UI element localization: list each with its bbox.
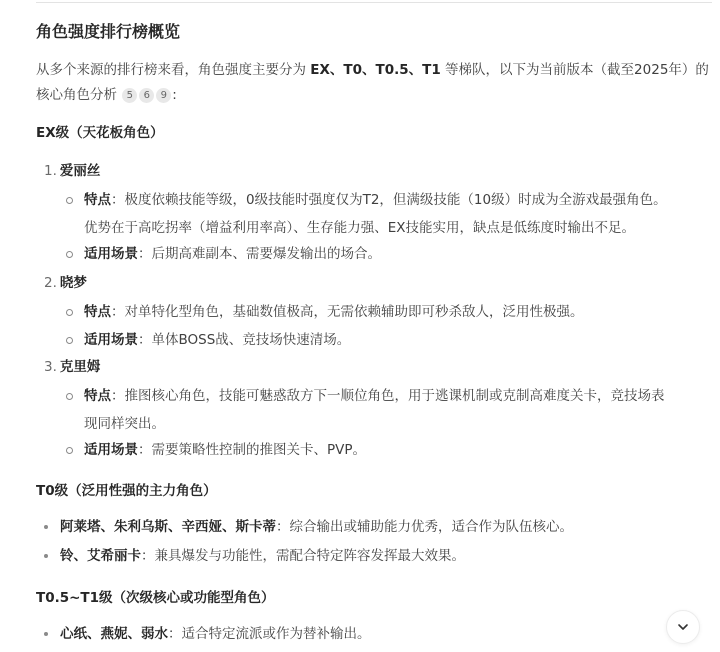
hollow-bullet-icon — [66, 393, 73, 400]
character-item: 1.爱丽丝 — [44, 160, 100, 182]
bullet-icon — [44, 554, 48, 558]
hollow-bullet-icon — [66, 337, 73, 344]
intro-tiers: EX、T0、T0.5、T1 — [310, 62, 440, 78]
list-item: 阿莱塔、朱利乌斯、辛西娅、斯卡蒂：综合输出或辅助能力优秀，适合作为队伍核心。 — [44, 516, 704, 538]
item-desc: ：兼具爆发与功能性，需配合特定阵容发挥最大效果。 — [141, 548, 465, 564]
section-heading: 角色强度排行榜概览 — [36, 20, 180, 44]
scene-label: 适用场景 — [84, 246, 138, 262]
scene-item: 适用场景：后期高难副本、需要爆发输出的场合。 — [66, 240, 706, 268]
scene-item: 适用场景：需要策略性控制的推图关卡、PVP。 — [66, 436, 706, 464]
character-names: 铃、艾希丽卡 — [60, 548, 141, 564]
feature-text-cont: 现同样突出。 — [84, 416, 165, 432]
bullet-icon — [44, 525, 48, 529]
bullet-icon — [44, 632, 48, 636]
feature-label: 特点 — [84, 192, 111, 208]
character-item: 2.晓梦 — [44, 272, 87, 294]
item-desc: ：适合特定流派或作为替补输出。 — [168, 626, 371, 642]
feature-label: 特点 — [84, 388, 111, 404]
character-names: 阿莱塔、朱利乌斯、辛西娅、斯卡蒂 — [60, 519, 276, 535]
hollow-bullet-icon — [66, 251, 73, 258]
feature-text: ：推图核心角色，技能可魅惑敌方下一顺位角色，用于逃课机制或克制高难度关卡，竞技场… — [111, 388, 665, 404]
feature-item: 特点：极度依赖技能等级，0级技能时强度仅为T2，但满级技能（10级）时成为全游戏… — [66, 186, 706, 242]
feature-label: 特点 — [84, 304, 111, 320]
item-desc: ：综合输出或辅助能力优秀，适合作为队伍核心。 — [276, 519, 573, 535]
citation-badge[interactable]: 5 — [122, 88, 137, 103]
scene-text: ：单体BOSS战、竞技场快速清场。 — [138, 332, 350, 348]
scene-item: 适用场景：单体BOSS战、竞技场快速清场。 — [66, 326, 706, 354]
t05-tier-heading: T0.5~T1级（次级核心或功能型角色） — [36, 587, 275, 609]
feature-text: ：对单特化型角色，基础数值极高，无需依赖辅助即可秒杀敌人，泛用性极强。 — [111, 304, 584, 320]
hollow-bullet-icon — [66, 309, 73, 316]
list-item: 心纸、燕妮、弱水：适合特定流派或作为替补输出。 — [44, 623, 704, 645]
scene-label: 适用场景 — [84, 332, 138, 348]
feature-item: 特点：对单特化型角色，基础数值极高，无需依赖辅助即可秒杀敌人，泛用性极强。 — [66, 298, 706, 326]
ex-tier-heading: EX级（天花板角色） — [36, 122, 164, 144]
list-number: 2. — [44, 275, 57, 291]
character-name: 克里姆 — [60, 359, 101, 375]
hollow-bullet-icon — [66, 197, 73, 204]
scene-label: 适用场景 — [84, 442, 138, 458]
top-divider — [36, 2, 712, 3]
scene-text: ：后期高难副本、需要爆发输出的场合。 — [138, 246, 381, 262]
citation-badge[interactable]: 9 — [156, 88, 171, 103]
intro-prefix: 从多个来源的排行榜来看，角色强度主要分为 — [36, 62, 310, 78]
citation-badge[interactable]: 6 — [139, 88, 154, 103]
feature-item: 特点：推图核心角色，技能可魅惑敌方下一顺位角色，用于逃课机制或克制高难度关卡，竞… — [66, 382, 706, 438]
scene-text: ：需要策略性控制的推图关卡、PVP。 — [138, 442, 366, 458]
list-item: 铃、艾希丽卡：兼具爆发与功能性，需配合特定阵容发挥最大效果。 — [44, 545, 704, 567]
chevron-down-icon — [676, 620, 690, 634]
scroll-to-bottom-button[interactable] — [666, 610, 700, 644]
list-number: 1. — [44, 163, 57, 179]
feature-text-cont: 优势在于高吃拐率（增益利用率高）、生存能力强、EX技能实用，缺点是低练度时输出不… — [84, 220, 635, 236]
character-name: 爱丽丝 — [60, 163, 101, 179]
intro-paragraph: 从多个来源的排行榜来看，角色强度主要分为 EX、T0、T0.5、T1 等梯队，以… — [36, 58, 712, 108]
intro-end: : — [172, 87, 177, 103]
feature-text: ：极度依赖技能等级，0级技能时强度仅为T2，但满级技能（10级）时成为全游戏最强… — [111, 192, 667, 208]
character-item: 3.克里姆 — [44, 356, 100, 378]
list-number: 3. — [44, 359, 57, 375]
hollow-bullet-icon — [66, 447, 73, 454]
t0-tier-heading: T0级（泛用性强的主力角色） — [36, 480, 217, 502]
character-names: 心纸、燕妮、弱水 — [60, 626, 168, 642]
character-name: 晓梦 — [60, 275, 87, 291]
